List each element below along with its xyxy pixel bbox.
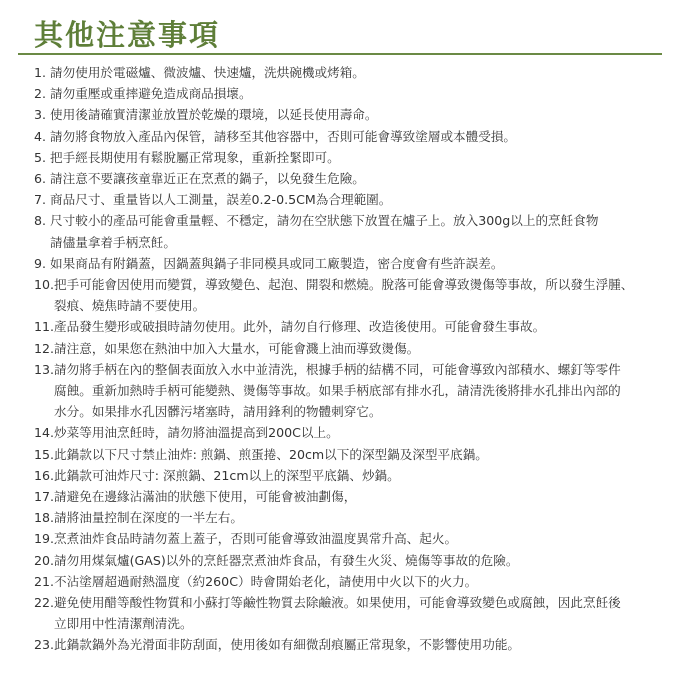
- notice-item-line: 炒菜等用油烹飪時，請勿將油溫提高到200C以上。: [54, 422, 654, 443]
- notice-item-text: 使用後請確實清潔並放置於乾燥的環境，以延長使用壽命。: [50, 104, 654, 125]
- notice-item: 7. 商品尺寸、重量皆以人工測量，誤差0.2-0.5CM為合理範圍。: [34, 189, 654, 210]
- notice-item-number: 20.: [34, 550, 54, 571]
- notice-item-number: 10.: [34, 274, 54, 316]
- notice-item-text: 商品尺寸、重量皆以人工測量，誤差0.2-0.5CM為合理範圍。: [50, 189, 654, 210]
- notice-item-text: 請將油量控制在深度的一半左右。: [54, 507, 654, 528]
- notice-item-line: 請注意不要讓孩童靠近正在烹煮的鍋子，以免發生危險。: [50, 168, 654, 189]
- notice-item-text: 產品發生變形或破損時請勿使用。此外，請勿自行修理、改造後使用。可能會發生事故。: [54, 316, 654, 337]
- notice-item: 11.產品發生變形或破損時請勿使用。此外，請勿自行修理、改造後使用。可能會發生事…: [34, 316, 654, 337]
- notice-item: 6. 請注意不要讓孩童靠近正在烹煮的鍋子，以免發生危險。: [34, 168, 654, 189]
- notice-item: 5. 把手經長期使用有鬆脫屬正常現象，重新拴緊即可。: [34, 147, 654, 168]
- notice-item: 13.請勿將手柄在內的整個表面放入水中並清洗，根據手柄的結構不同，可能會導致內部…: [34, 359, 654, 423]
- title-divider: [18, 53, 662, 55]
- notice-item-continuation-line: 腐蝕。重新加熱時手柄可能變熱、燙傷等事故。如果手柄底部有排水孔，請清洗後將排水孔…: [54, 380, 654, 401]
- notice-item-line: 如果商品有附鍋蓋，因鍋蓋與鍋子非同模具或同工廠製造，密合度會有些許誤差。: [50, 253, 654, 274]
- notice-item-line: 產品發生變形或破損時請勿使用。此外，請勿自行修理、改造後使用。可能會發生事故。: [54, 316, 654, 337]
- notice-item-number: 2.: [34, 83, 50, 104]
- notice-item-number: 15.: [34, 444, 54, 465]
- notice-item: 22.避免使用醋等酸性物質和小蘇打等鹼性物質去除鹼液。如果使用，可能會導致變色或…: [34, 592, 654, 634]
- notice-item-continuation-line: 水分。如果排水孔因髒污堵塞時，請用鋒利的物體刺穿它。: [54, 401, 654, 422]
- notice-item: 2. 請勿重壓或重摔避免造成商品損壞。: [34, 83, 654, 104]
- notice-item-continuation-line: 立即用中性清潔劑清洗。: [54, 613, 654, 634]
- notice-item-text: 避免使用醋等酸性物質和小蘇打等鹼性物質去除鹼液。如果使用，可能會導致變色或腐蝕，…: [54, 592, 654, 634]
- notice-item-number: 1.: [34, 62, 50, 83]
- notice-item: 17.請避免在邊緣沾滿油的狀態下使用，可能會被油劃傷，: [34, 486, 654, 507]
- notice-item-text: 把手經長期使用有鬆脫屬正常現象，重新拴緊即可。: [50, 147, 654, 168]
- notice-list: 1. 請勿使用於電磁爐、微波爐、快速爐，洗烘碗機或烤箱。2. 請勿重壓或重摔避免…: [34, 62, 654, 656]
- notice-item-line: 請避免在邊緣沾滿油的狀態下使用，可能會被油劃傷，: [54, 486, 654, 507]
- notice-item-number: 22.: [34, 592, 54, 634]
- notice-item-line: 避免使用醋等酸性物質和小蘇打等鹼性物質去除鹼液。如果使用，可能會導致變色或腐蝕，…: [54, 592, 654, 613]
- notice-item-number: 23.: [34, 634, 54, 655]
- page-title: 其他注意事項: [34, 18, 220, 52]
- notice-item-number: 11.: [34, 316, 54, 337]
- notice-item-line: 使用後請確實清潔並放置於乾燥的環境，以延長使用壽命。: [50, 104, 654, 125]
- notice-item: 10.把手可能會因使用而變質，導致變色、起泡、開裂和燃燒。脫落可能會導致燙傷等事…: [34, 274, 654, 316]
- notice-item-text: 此鍋款以下尺寸禁止油炸: 煎鍋、煎蛋捲、20cm以下的深型鍋及深型平底鍋。: [54, 444, 654, 465]
- notice-item-text: 此鍋款鍋外為光滑面非防刮面，使用後如有細微刮痕屬正常現象，不影響使用功能。: [54, 634, 654, 655]
- notice-item-continuation-line: 裂痕、燒焦時請不要使用。: [54, 295, 654, 316]
- notice-item-number: 5.: [34, 147, 50, 168]
- notice-item-line: 請勿用煤氣爐(GAS)以外的烹飪器烹煮油炸食品，有發生火災、燒傷等事故的危險。: [54, 550, 654, 571]
- notice-item-text: 此鍋款可油炸尺寸: 深煎鍋、21cm以上的深型平底鍋、炒鍋。: [54, 465, 654, 486]
- notice-item: 4. 請勿將食物放入產品內保管，請移至其他容器中，否則可能會導致塗層或本體受損。: [34, 126, 654, 147]
- notice-item-line: 請注意，如果您在熱油中加入大量水，可能會濺上油而導致燙傷。: [54, 338, 654, 359]
- notice-item-number: 17.: [34, 486, 54, 507]
- notice-item: 18.請將油量控制在深度的一半左右。: [34, 507, 654, 528]
- notice-item-line: 請勿將手柄在內的整個表面放入水中並清洗，根據手柄的結構不同，可能會導致內部積水、…: [54, 359, 654, 380]
- notice-item: 9. 如果商品有附鍋蓋，因鍋蓋與鍋子非同模具或同工廠製造，密合度會有些許誤差。: [34, 253, 654, 274]
- notice-item-number: 13.: [34, 359, 54, 423]
- notice-item-number: 7.: [34, 189, 50, 210]
- notice-item-line: 此鍋款鍋外為光滑面非防刮面，使用後如有細微刮痕屬正常現象，不影響使用功能。: [54, 634, 654, 655]
- notice-item-number: 4.: [34, 126, 50, 147]
- notice-item-number: 16.: [34, 465, 54, 486]
- notice-item-line: 請勿重壓或重摔避免造成商品損壞。: [50, 83, 654, 104]
- notice-item: 3. 使用後請確實清潔並放置於乾燥的環境，以延長使用壽命。: [34, 104, 654, 125]
- notice-item-text: 請注意不要讓孩童靠近正在烹煮的鍋子，以免發生危險。: [50, 168, 654, 189]
- notice-item-text: 請勿用煤氣爐(GAS)以外的烹飪器烹煮油炸食品，有發生火災、燒傷等事故的危險。: [54, 550, 654, 571]
- notice-item: 19.烹煮油炸食品時請勿蓋上蓋子，否則可能會導致油溫度異常升高、起火。: [34, 528, 654, 549]
- notice-item-number: 19.: [34, 528, 54, 549]
- notice-item-line: 商品尺寸、重量皆以人工測量，誤差0.2-0.5CM為合理範圍。: [50, 189, 654, 210]
- notice-item-text: 尺寸較小的產品可能會重量輕、不穩定，請勿在空狀態下放置在爐子上。放入300g以上…: [50, 210, 654, 252]
- notice-item-line: 把手可能會因使用而變質，導致變色、起泡、開裂和燃燒。脫落可能會導致燙傷等事故，所…: [54, 274, 654, 295]
- notice-item: 14.炒菜等用油烹飪時，請勿將油溫提高到200C以上。: [34, 422, 654, 443]
- notice-item-number: 21.: [34, 571, 54, 592]
- notice-item-line: 請勿使用於電磁爐、微波爐、快速爐，洗烘碗機或烤箱。: [50, 62, 654, 83]
- notice-item-text: 把手可能會因使用而變質，導致變色、起泡、開裂和燃燒。脫落可能會導致燙傷等事故，所…: [54, 274, 654, 316]
- notice-item-number: 9.: [34, 253, 50, 274]
- notice-item-text: 請勿重壓或重摔避免造成商品損壞。: [50, 83, 654, 104]
- notice-item-number: 12.: [34, 338, 54, 359]
- notice-item-text: 請避免在邊緣沾滿油的狀態下使用，可能會被油劃傷，: [54, 486, 654, 507]
- notice-item-text: 請勿使用於電磁爐、微波爐、快速爐，洗烘碗機或烤箱。: [50, 62, 654, 83]
- notice-item-text: 炒菜等用油烹飪時，請勿將油溫提高到200C以上。: [54, 422, 654, 443]
- notice-item: 15.此鍋款以下尺寸禁止油炸: 煎鍋、煎蛋捲、20cm以下的深型鍋及深型平底鍋。: [34, 444, 654, 465]
- notice-item-number: 18.: [34, 507, 54, 528]
- notice-item-number: 8.: [34, 210, 50, 252]
- notice-item-continuation-line: 請儘量拿着手柄烹飪。: [50, 232, 654, 253]
- notice-item-line: 此鍋款可油炸尺寸: 深煎鍋、21cm以上的深型平底鍋、炒鍋。: [54, 465, 654, 486]
- notice-item-text: 請注意，如果您在熱油中加入大量水，可能會濺上油而導致燙傷。: [54, 338, 654, 359]
- notice-item-text: 烹煮油炸食品時請勿蓋上蓋子，否則可能會導致油溫度異常升高、起火。: [54, 528, 654, 549]
- notice-item: 20.請勿用煤氣爐(GAS)以外的烹飪器烹煮油炸食品，有發生火災、燒傷等事故的危…: [34, 550, 654, 571]
- notice-item-line: 尺寸較小的產品可能會重量輕、不穩定，請勿在空狀態下放置在爐子上。放入300g以上…: [50, 210, 654, 231]
- notice-item: 16.此鍋款可油炸尺寸: 深煎鍋、21cm以上的深型平底鍋、炒鍋。: [34, 465, 654, 486]
- notice-item-line: 不沾塗層超過耐熱溫度（約260C）時會開始老化，請使用中火以下的火力。: [54, 571, 654, 592]
- notice-item-number: 6.: [34, 168, 50, 189]
- notice-item-text: 請勿將食物放入產品內保管，請移至其他容器中，否則可能會導致塗層或本體受損。: [50, 126, 654, 147]
- notice-item-line: 請勿將食物放入產品內保管，請移至其他容器中，否則可能會導致塗層或本體受損。: [50, 126, 654, 147]
- notice-item-text: 請勿將手柄在內的整個表面放入水中並清洗，根據手柄的結構不同，可能會導致內部積水、…: [54, 359, 654, 423]
- notice-item: 8. 尺寸較小的產品可能會重量輕、不穩定，請勿在空狀態下放置在爐子上。放入300…: [34, 210, 654, 252]
- notice-item-line: 烹煮油炸食品時請勿蓋上蓋子，否則可能會導致油溫度異常升高、起火。: [54, 528, 654, 549]
- notice-item: 1. 請勿使用於電磁爐、微波爐、快速爐，洗烘碗機或烤箱。: [34, 62, 654, 83]
- notice-item: 21.不沾塗層超過耐熱溫度（約260C）時會開始老化，請使用中火以下的火力。: [34, 571, 654, 592]
- notice-item-number: 14.: [34, 422, 54, 443]
- notice-item-line: 請將油量控制在深度的一半左右。: [54, 507, 654, 528]
- notice-item-line: 把手經長期使用有鬆脫屬正常現象，重新拴緊即可。: [50, 147, 654, 168]
- notice-item: 23.此鍋款鍋外為光滑面非防刮面，使用後如有細微刮痕屬正常現象，不影響使用功能。: [34, 634, 654, 655]
- notice-item-number: 3.: [34, 104, 50, 125]
- notice-item-text: 不沾塗層超過耐熱溫度（約260C）時會開始老化，請使用中火以下的火力。: [54, 571, 654, 592]
- notice-item: 12.請注意，如果您在熱油中加入大量水，可能會濺上油而導致燙傷。: [34, 338, 654, 359]
- notice-item-text: 如果商品有附鍋蓋，因鍋蓋與鍋子非同模具或同工廠製造，密合度會有些許誤差。: [50, 253, 654, 274]
- notice-item-line: 此鍋款以下尺寸禁止油炸: 煎鍋、煎蛋捲、20cm以下的深型鍋及深型平底鍋。: [54, 444, 654, 465]
